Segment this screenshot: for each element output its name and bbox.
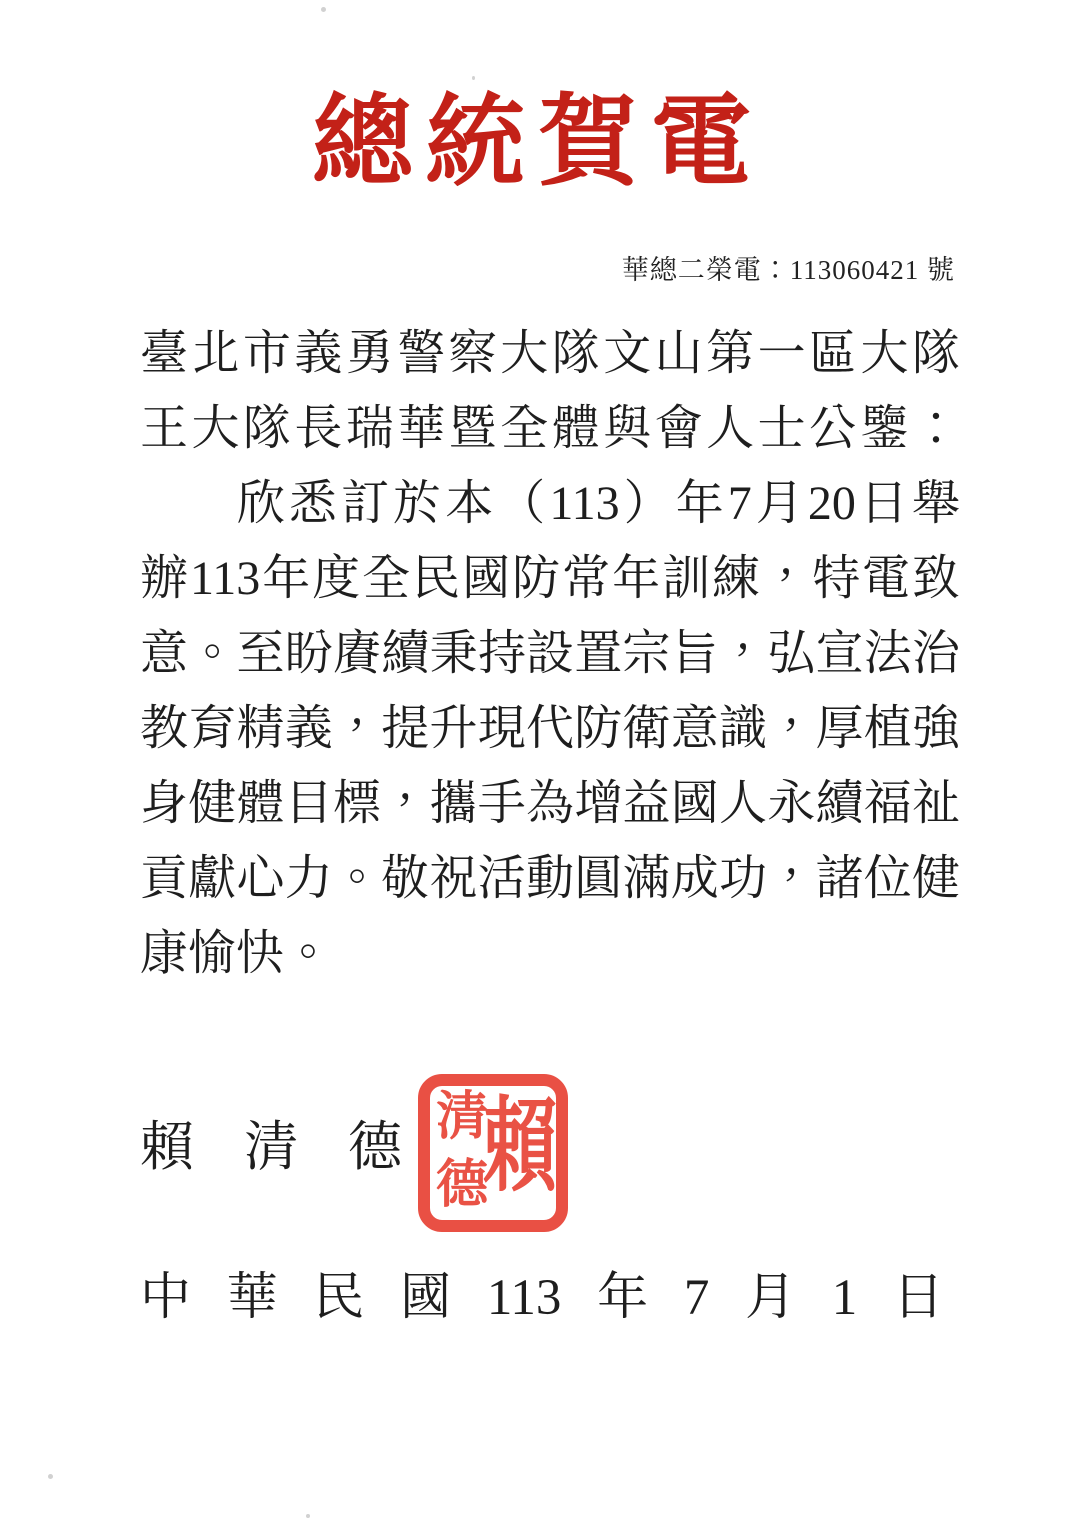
body-line: 教育精義，提升現代防衛意識，厚植強 — [140, 691, 960, 766]
date-token: 國 — [400, 1266, 451, 1330]
seal-character: 賴 — [483, 1092, 558, 1204]
date-token: 中 — [140, 1266, 191, 1330]
date-token: 日 — [893, 1266, 944, 1330]
body-line: 王大隊長瑞華暨全體與會人士公鑒： — [140, 391, 960, 466]
document-page: 總統賀電 華總二榮電：113060421 號 臺北市義勇警察大隊文山第一區大隊 … — [0, 0, 1076, 1521]
date-line: 中 華 民 國 113 年 7 月 1 日 — [140, 1266, 944, 1330]
presidential-seal: 賴 清 德 — [417, 1072, 569, 1232]
date-token: 民 — [313, 1266, 364, 1330]
date-token: 7 — [684, 1266, 710, 1330]
scan-speck — [472, 76, 475, 80]
date-token: 月 — [745, 1266, 796, 1330]
reference-number: 華總二榮電：113060421 號 — [622, 252, 955, 288]
body-line: 康愉快。 — [140, 916, 960, 991]
date-token: 年 — [597, 1266, 648, 1330]
signature-name: 賴清德 — [140, 1112, 452, 1182]
telegram-body: 臺北市義勇警察大隊文山第一區大隊 王大隊長瑞華暨全體與會人士公鑒： 欣悉訂於本（… — [140, 316, 960, 991]
seal-character: 清 — [436, 1088, 488, 1146]
scan-speck — [321, 7, 326, 12]
date-token: 1 — [832, 1266, 858, 1330]
telegram-title: 總統賀電 — [0, 86, 1076, 200]
seal-character: 德 — [436, 1156, 490, 1214]
body-line: 欣悉訂於本（113）年7月20日舉 — [140, 466, 960, 541]
scan-speck — [48, 1474, 53, 1479]
body-line: 身健體目標，攜手為增益國人永續福祉 — [140, 766, 960, 841]
body-line: 辦113年度全民國防常年訓練，特電致 — [140, 541, 960, 616]
body-line: 貢獻心力。敬祝活動圓滿成功，諸位健 — [140, 841, 960, 916]
body-line: 意。至盼賡續秉持設置宗旨，弘宣法治 — [140, 616, 960, 691]
scan-speck — [306, 1514, 310, 1518]
date-token: 113 — [487, 1266, 562, 1330]
date-token: 華 — [227, 1266, 278, 1330]
body-line: 臺北市義勇警察大隊文山第一區大隊 — [140, 316, 960, 391]
